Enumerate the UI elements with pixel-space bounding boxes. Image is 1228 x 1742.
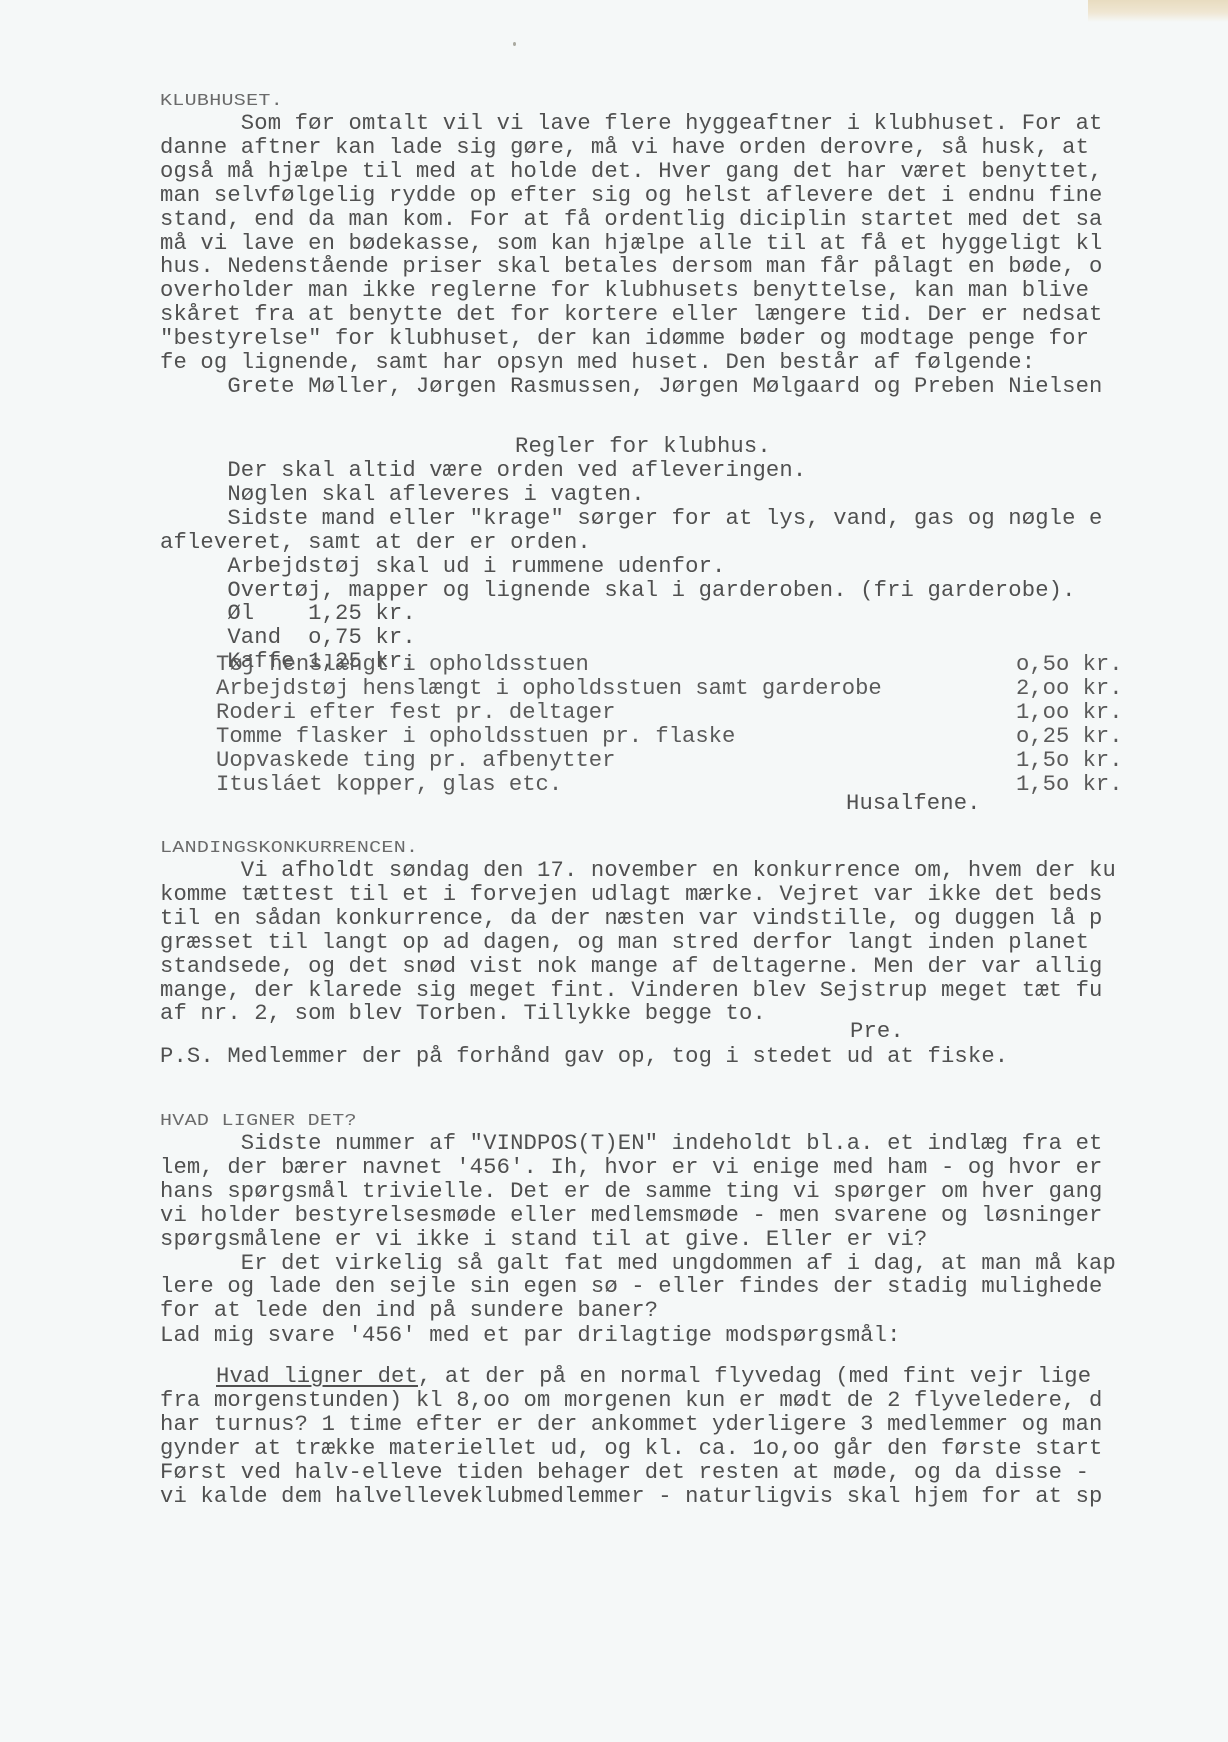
- fine-amount: o,5o kr.: [1016, 653, 1123, 677]
- text-line: hus. Nedenstående priser skal betales de…: [160, 255, 1103, 279]
- text-line: fra morgenstunden) kl 8,oo om morgenen k…: [160, 1389, 1103, 1413]
- section-heading-hvad-ligner-det: HVAD LIGNER DET?: [160, 1112, 357, 1132]
- text-line: danne aftner kan lade sig gøre, må vi ha…: [160, 136, 1089, 160]
- text-line: må vi lave en bødekasse, som kan hjælpe …: [160, 232, 1103, 256]
- rule-line: Arbejdstøj skal ud i rummene udenfor.: [160, 555, 726, 579]
- text-line: Vi afholdt søndag den 17. november en ko…: [160, 859, 1116, 883]
- text-line: Først ved halv-elleve tiden behager det …: [160, 1461, 1089, 1485]
- section-heading-landingskonkurrencen: LANDINGSKONKURRENCEN.: [160, 839, 418, 859]
- rule-line: Vand o,75 kr.: [160, 626, 416, 650]
- fine-item: Tøj henslængt i opholdsstuen: [216, 653, 589, 677]
- question-first-line: Hvad ligner det, at der på en normal fly…: [216, 1365, 1091, 1389]
- question-lead-underlined: Hvad ligner det: [216, 1364, 418, 1389]
- fine-item: Uopvaskede ting pr. afbenytter: [216, 749, 615, 773]
- fine-item: Roderi efter fest pr. deltager: [216, 701, 615, 725]
- fine-amount: o,25 kr.: [1016, 725, 1123, 749]
- rule-line: Nøglen skal afleveres i vagten.: [160, 483, 645, 507]
- text-line: har turnus? 1 time efter er der ankommet…: [160, 1413, 1103, 1437]
- text-line: hans spørgsmål trivielle. Det er de samm…: [160, 1180, 1103, 1204]
- text-line: gynder at trække materiellet ud, og kl. …: [160, 1437, 1103, 1461]
- text-line: til en sådan konkurrence, da der næsten …: [160, 907, 1103, 931]
- rules-title: Regler for klubhus.: [515, 435, 771, 459]
- fine-amount: 1,oo kr.: [1016, 701, 1123, 725]
- text-line: "bestyrelse" for klubhuset, der kan idøm…: [160, 327, 1089, 351]
- postscript: P.S. Medlemmer der på forhånd gav op, to…: [160, 1045, 1008, 1069]
- text-line: også må hjælpe til med at holde det. Hve…: [160, 160, 1103, 184]
- text-line: mange, der klarede sig meget fint. Vinde…: [160, 979, 1103, 1003]
- text-line: Grete Møller, Jørgen Rasmussen, Jørgen M…: [160, 375, 1103, 399]
- fine-item: Arbejdstøj henslængt i opholdsstuen samt…: [216, 677, 882, 701]
- text-line: man selvfølgelig rydde op efter sig og h…: [160, 184, 1103, 208]
- rule-line: Sidste mand eller "krage" sørger for at …: [160, 507, 1103, 531]
- text-line: lere og lade den sejle sin egen sø - ell…: [160, 1275, 1103, 1299]
- text-line: overholder man ikke reglerne for klubhus…: [160, 279, 1089, 303]
- text-line: Som før omtalt vil vi lave flere hyggeaf…: [160, 112, 1103, 136]
- fine-item: Tomme flasker i opholdsstuen pr. flaske: [216, 725, 735, 749]
- rule-line: Overtøj, mapper og lignende skal i garde…: [160, 579, 1076, 603]
- fine-amount: 2,oo kr.: [1016, 677, 1123, 701]
- text-line: lem, der bærer navnet '456'. Ih, hvor er…: [160, 1156, 1103, 1180]
- fine-amount: 1,5o kr.: [1016, 773, 1123, 797]
- rule-line: Der skal altid være orden ved aflevering…: [160, 459, 806, 483]
- signature-husalfene: Husalfene.: [846, 792, 981, 816]
- question-first-line-rest: , at der på en normal flyvedag (med fint…: [418, 1364, 1091, 1389]
- text-line: standsede, og det snød vist nok mange af…: [160, 955, 1103, 979]
- text-line: komme tættest til et i forvejen udlagt m…: [160, 883, 1103, 907]
- text-line: for at lede den ind på sundere baner?: [160, 1299, 658, 1323]
- fine-amount: 1,5o kr.: [1016, 749, 1123, 773]
- text-line: vi kalde dem halvelleveklubmedlemmer - n…: [160, 1485, 1103, 1509]
- text-line: vi holder bestyrelsesmøde eller medlemsm…: [160, 1204, 1103, 1228]
- answer-intro: Lad mig svare '456' med et par drilagtig…: [160, 1324, 901, 1348]
- text-line: af nr. 2, som blev Torben. Tillykke begg…: [160, 1002, 766, 1026]
- text-line: spørgsmålene er vi ikke i stand til at g…: [160, 1228, 928, 1252]
- text-line: fe og lignende, samt har opsyn med huset…: [160, 351, 1035, 375]
- rule-line: Øl 1,25 kr.: [160, 602, 416, 626]
- text-line: Sidste nummer af "VINDPOS(T)EN" indehold…: [160, 1132, 1103, 1156]
- signature-pre: Pre.: [850, 1020, 904, 1044]
- paper-speck: [513, 42, 516, 46]
- rule-line: afleveret, samt at der er orden.: [160, 531, 591, 555]
- section-heading-klubhuset: KLUBHUSET.: [160, 92, 283, 112]
- text-line: græsset til langt op ad dagen, og man st…: [160, 931, 1089, 955]
- paper-stain: [1088, 0, 1228, 22]
- text-line: Er det virkelig så galt fat med ungdomme…: [160, 1252, 1116, 1276]
- text-line: skåret fra at benytte det for kortere el…: [160, 303, 1103, 327]
- fine-item: Itusláet kopper, glas etc.: [216, 773, 562, 797]
- text-line: stand, end da man kom. For at få ordentl…: [160, 208, 1103, 232]
